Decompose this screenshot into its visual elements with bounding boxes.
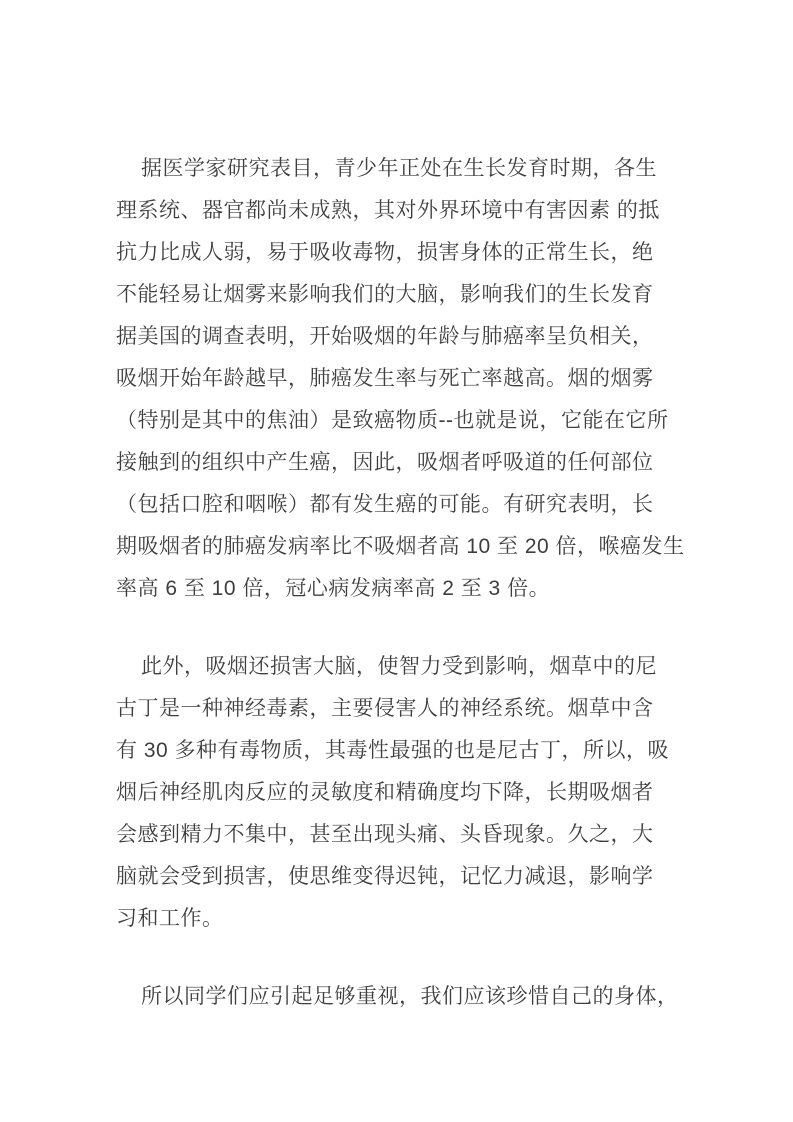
text-line: 率高 6 至 10 倍，冠心病发病率高 2 至 3 倍。 [116, 568, 678, 610]
text-line: 抗力比成人弱，易于吸收毒物，损害身体的正常生长，绝 [116, 232, 678, 274]
text-line: 古丁是一种神经毒素，主要侵害人的神经系统。烟草中含 [116, 688, 678, 730]
paragraph: 此外，吸烟还损害大脑，使智力受到影响，烟草中的尼古丁是一种神经毒素，主要侵害人的… [116, 646, 678, 940]
text-line: 此外，吸烟还损害大脑，使智力受到影响，烟草中的尼 [116, 646, 678, 688]
text-line: 习和工作。 [116, 898, 678, 940]
text-line: 脑就会受到损害，使思维变得迟钝，记忆力减退，影响学 [116, 856, 678, 898]
text-line: 吸烟开始年龄越早，肺癌发生率与死亡率越高。烟的烟雾 [116, 358, 678, 400]
paragraph: 据医学家研究表目，青少年正处在生长发育时期，各生理系统、器官都尚未成熟，其对外界… [116, 148, 678, 610]
text-line: 不能轻易让烟雾来影响我们的大脑，影响我们的生长发育 [116, 274, 678, 316]
text-line: 有 30 多种有毒物质，其毒性最强的也是尼古丁，所以，吸 [116, 730, 678, 772]
text-line: 烟后神经肌肉反应的灵敏度和精确度均下降，长期吸烟者 [116, 772, 678, 814]
text-line: （特别是其中的焦油）是致癌物质--也就是说，它能在它所 [116, 400, 678, 442]
text-line: 所以同学们应引起足够重视，我们应该珍惜自己的身体， [116, 976, 678, 1018]
text-line: 接触到的组织中产生癌，因此，吸烟者呼吸道的任何部位 [116, 442, 678, 484]
text-line: 理系统、器官都尚未成熟，其对外界环境中有害因素 的抵 [116, 190, 678, 232]
text-line: 会感到精力不集中，甚至出现头痛、头昏现象。久之，大 [116, 814, 678, 856]
text-line: 期吸烟者的肺癌发病率比不吸烟者高 10 至 20 倍，喉癌发生 [116, 526, 678, 568]
paragraph: 所以同学们应引起足够重视，我们应该珍惜自己的身体， [116, 976, 678, 1018]
text-line: 据美国的调查表明，开始吸烟的年龄与肺癌率呈负相关， [116, 316, 678, 358]
document-page: 据医学家研究表目，青少年正处在生长发育时期，各生理系统、器官都尚未成熟，其对外界… [0, 0, 793, 1122]
document-body: 据医学家研究表目，青少年正处在生长发育时期，各生理系统、器官都尚未成熟，其对外界… [116, 148, 678, 1018]
text-line: （包括口腔和咽喉）都有发生癌的可能。有研究表明，长 [116, 484, 678, 526]
text-line: 据医学家研究表目，青少年正处在生长发育时期，各生 [116, 148, 678, 190]
